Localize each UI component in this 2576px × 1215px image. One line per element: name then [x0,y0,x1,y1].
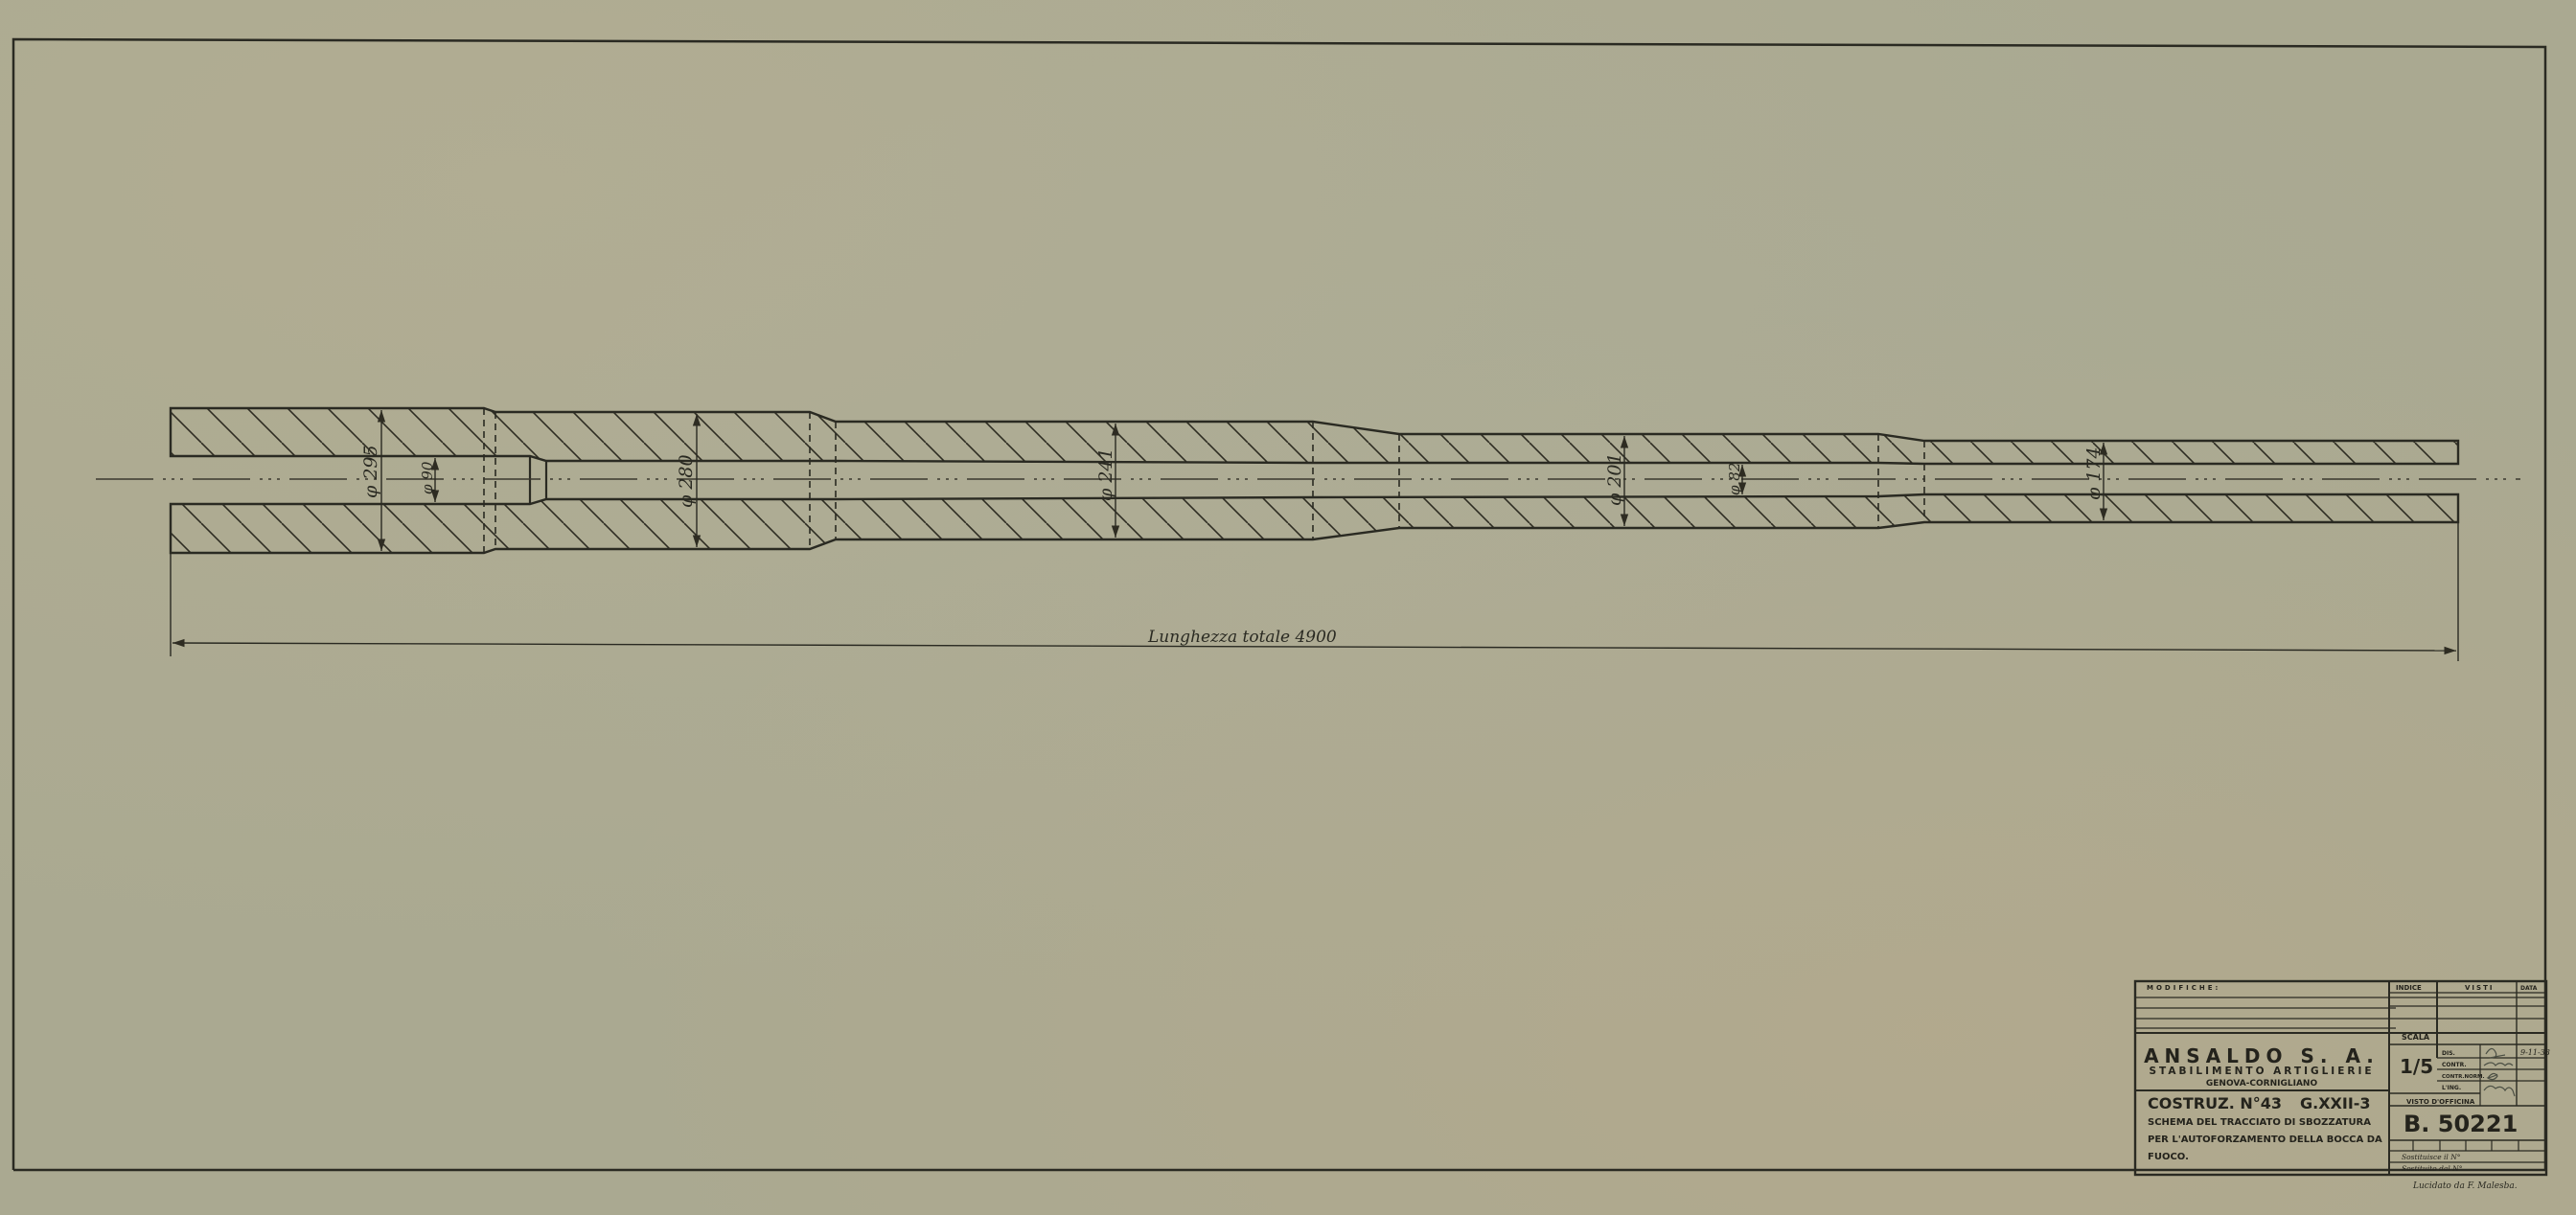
dis-label: DIS. [2442,1050,2455,1057]
dim-label-241: φ 241 [1095,447,1116,501]
dim-label-174: φ 174 [2083,447,2104,500]
sostituito-label: Sostituito dal N° [2402,1164,2463,1173]
scala-label: SCALA [2402,1033,2430,1042]
dim-label-82: φ 82 [1726,463,1743,495]
drawing-number: B. 50221 [2403,1111,2518,1137]
traced-by-note: Lucidato da F. Malesba. [2412,1181,2518,1191]
description-line-1: SCHEMA DEL TRACCIATO DI SBOZZATURA [2148,1117,2371,1128]
description-line-2: PER L'AUTOFORZAMENTO DELLA BOCCA DA [2148,1135,2382,1145]
scale-value: 1/5 [2400,1055,2433,1078]
sostituisce-label: Sostituisce il N° [2402,1153,2461,1161]
dim-label-201: φ 201 [1604,452,1625,506]
description-line-3: FUOCO. [2148,1152,2189,1162]
drawing-sheet: φ 295 φ 90 φ 280 φ 241 φ 201 φ 82 φ 174 … [0,0,2576,1215]
title-block-text: MODIFICHE: INDICE VISTI DATA ANSALDO S. … [2144,984,2550,1173]
length-label: Lunghezza totale 4900 [1147,628,1337,647]
ing-label: L'ING. [2442,1085,2461,1091]
contr-norm-label: CONTR.NORM. [2442,1074,2485,1080]
company-name: ANSALDO S. A. [2144,1044,2380,1067]
dim-label-295: φ 295 [360,445,381,498]
company-division: STABILIMENTO ARTIGLIERIE [2149,1066,2374,1077]
counterbore-step [530,456,546,504]
data-label: DATA [2520,985,2538,992]
visto-officina-label: VISTO D'OFFICINA [2406,1098,2475,1106]
approval-date: 9-11-38 [2520,1048,2550,1057]
modifiche-label: MODIFICHE: [2147,984,2220,992]
sheet-border [13,39,2545,1170]
dim-label-280: φ 280 [676,454,697,508]
dim-label-90: φ 90 [419,461,436,494]
contr-label: CONTR. [2442,1062,2467,1068]
tube-lower-wall [171,494,2458,553]
indice-label: INDICE [2396,984,2422,992]
model-designation: G.XXII-3 [2300,1094,2371,1112]
signature-marks [2484,1048,2515,1096]
technical-drawing: φ 295 φ 90 φ 280 φ 241 φ 201 φ 82 φ 174 … [0,0,2576,1215]
visti-label: VISTI [2465,984,2494,992]
construction-number: COSTRUZ. N°43 [2148,1094,2282,1112]
tube-upper-wall [171,408,2458,464]
title-block [2135,981,2546,1175]
company-location: GENOVA-CORNIGLIANO [2206,1079,2318,1089]
